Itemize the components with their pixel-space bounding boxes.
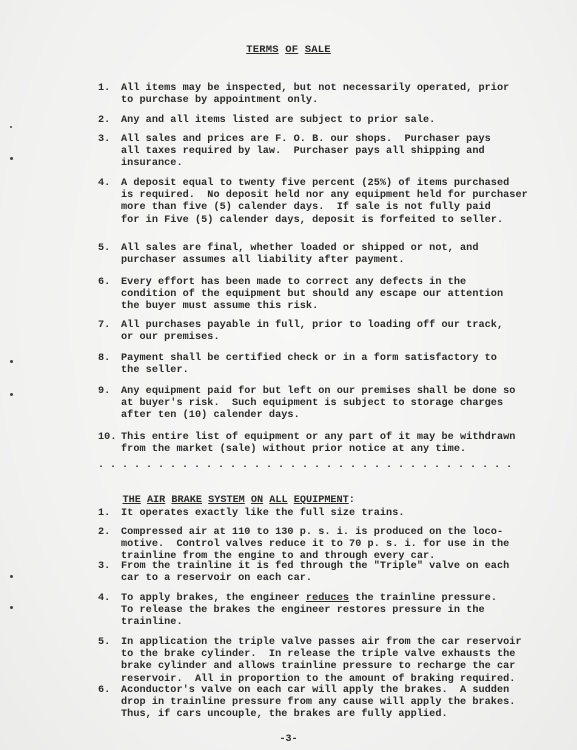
item-number: 1. xyxy=(98,508,120,520)
margin-mark xyxy=(10,393,13,396)
dotted-separator: . . . . . . . . . . . . . . . . . . . . … xyxy=(98,460,518,471)
term-item: 3.All sales and prices are F. O. B. our … xyxy=(98,134,518,171)
margin-mark xyxy=(10,157,13,160)
item-number: 8. xyxy=(98,353,120,365)
heading-word: AIR xyxy=(147,495,165,506)
item-text: Any and all items listed are subject to … xyxy=(121,115,518,127)
item-number: 5. xyxy=(98,637,120,649)
item-number: 3. xyxy=(98,134,120,146)
air-brake-item: 1.It operates exactly like the full size… xyxy=(98,508,518,520)
term-item: 9.Any equipment paid for but left on our… xyxy=(98,386,518,423)
title-word: SALE xyxy=(305,44,331,56)
item-number: 1. xyxy=(98,83,120,95)
item-text: Any equipment paid for but left on our p… xyxy=(121,386,518,423)
item-text: This entire list of equipment or any par… xyxy=(121,432,518,456)
item-text: A deposit equal to twenty five percent (… xyxy=(121,178,518,227)
item-number: 4. xyxy=(98,178,120,190)
heading-word: ON xyxy=(251,495,263,506)
air-brake-item: 5.In application the triple valve passes… xyxy=(98,637,518,686)
heading-colon: : xyxy=(349,495,355,506)
item-text: It operates exactly like the full size t… xyxy=(121,508,518,520)
page-number: -3- xyxy=(0,734,577,745)
term-item: 4.A deposit equal to twenty five percent… xyxy=(98,178,518,227)
item-text: To apply brakes, the engineer reduces th… xyxy=(121,593,518,630)
item-number: 4. xyxy=(98,593,120,605)
item-text: From the trainline it is fed through the… xyxy=(121,561,518,585)
item-text: All items may be inspected, but not nece… xyxy=(121,83,518,107)
item-text: Payment shall be certified check or in a… xyxy=(121,353,518,377)
item-text: Aconductor's valve on each car will appl… xyxy=(121,685,518,722)
item-number: 2. xyxy=(98,527,120,539)
item-text: Every effort has been made to correct an… xyxy=(121,277,518,314)
item-text: In application the triple valve passes a… xyxy=(121,637,518,686)
item-text: All sales are final, whether loaded or s… xyxy=(121,243,518,267)
heading-word: ALL xyxy=(269,495,287,506)
item-number: 3. xyxy=(98,561,120,573)
term-item: 1.All items may be inspected, but not ne… xyxy=(98,83,518,107)
item-number: 10. xyxy=(98,432,120,444)
air-brake-item: 4.To apply brakes, the engineer reduces … xyxy=(98,593,518,630)
item-number: 9. xyxy=(98,386,120,398)
air-brake-item: 2.Compressed air at 110 to 130 p. s. i. … xyxy=(98,527,518,564)
item-text: Compressed air at 110 to 130 p. s. i. is… xyxy=(121,527,518,564)
heading-word: EQUIPMENT xyxy=(294,495,349,506)
item-number: 6. xyxy=(98,685,120,697)
term-item: 8.Payment shall be certified check or in… xyxy=(98,353,518,377)
term-item: 7.All purchases payable in full, prior t… xyxy=(98,320,518,344)
item-number: 5. xyxy=(98,243,120,255)
document-page: TERMS OF SALE 1.All items may be inspect… xyxy=(0,0,577,750)
term-item: 5.All sales are final, whether loaded or… xyxy=(98,243,518,267)
heading-word: SYSTEM xyxy=(208,495,245,506)
air-brake-item: 6.Aconductor's valve on each car will ap… xyxy=(98,685,518,722)
title-word: OF xyxy=(285,44,298,56)
title-word: TERMS xyxy=(246,44,279,56)
term-item: 2.Any and all items listed are subject t… xyxy=(98,115,518,127)
term-item: 6.Every effort has been made to correct … xyxy=(98,277,518,314)
term-item: 10.This entire list of equipment or any … xyxy=(98,432,518,456)
item-number: 6. xyxy=(98,277,120,289)
page-title: TERMS OF SALE xyxy=(0,44,577,56)
margin-mark xyxy=(10,606,13,609)
item-number: 2. xyxy=(98,115,120,127)
heading-word: THE xyxy=(122,495,140,506)
item-number: 7. xyxy=(98,320,120,332)
margin-mark xyxy=(10,575,13,578)
margin-mark xyxy=(10,126,12,128)
heading-word: BRAKE xyxy=(171,495,202,506)
air-brake-item: 3.From the trainline it is fed through t… xyxy=(98,561,518,585)
item-text: All sales and prices are F. O. B. our sh… xyxy=(121,134,518,171)
item-text: All purchases payable in full, prior to … xyxy=(121,320,518,344)
margin-mark xyxy=(10,360,13,363)
